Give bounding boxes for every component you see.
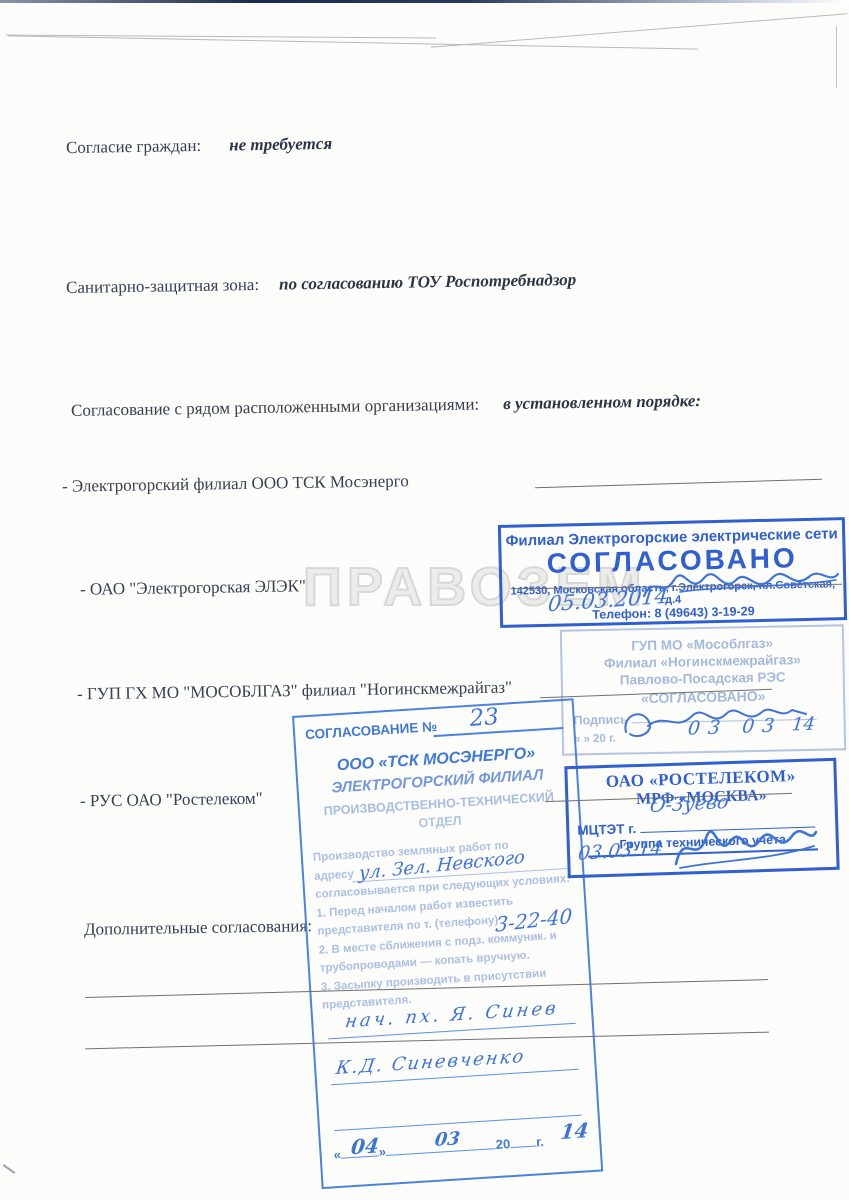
signature-scribble-rostelecom: [670, 816, 820, 874]
org-row-mosoblgaz: - ГУП ГХ МО "МОСОБЛГАЗ" филиал "Ногинскм…: [77, 678, 512, 705]
field-coordination-value: в установленном порядке:: [503, 391, 701, 413]
handwritten-day: 04: [350, 1133, 381, 1159]
date-year-prefix: 20: [495, 1136, 510, 1152]
org-row-rostelecom: - РУС ОАО "Ростелеком": [80, 789, 263, 812]
org-row-elek: - ОАО "Электрогорская ЭЛЭК": [80, 576, 306, 600]
handwritten-approval-number: 23: [469, 704, 500, 732]
handwritten-year-mosoblgaz: 14: [791, 714, 816, 736]
field-sanitary-label: Санитарно-защитная зона:: [66, 275, 259, 297]
handwritten-city: О-Зуево: [649, 791, 730, 817]
scan-corner-mark: [3, 1164, 16, 1174]
field-additional-label: Дополнительные согласования:: [84, 916, 312, 940]
stamp-tsk-title: СОГЛАСОВАНИЕ №: [305, 719, 438, 742]
field-consent: Согласие граждан:не требуется: [66, 134, 332, 158]
date-year-suffix: г.: [536, 1134, 545, 1149]
handwritten-year: 14: [559, 1118, 590, 1144]
stamp-tsk-signature-row: [332, 1085, 581, 1132]
field-consent-value: не требуется: [229, 134, 332, 155]
stamp-tsk-signature-row: К.Д. Синевченко: [329, 1039, 578, 1086]
field-sanitary: Санитарно-защитная зона:по согласованию …: [66, 270, 576, 298]
stamp-tsk-mosenergo: СОГЛАСОВАНИЕ № 23 ООО «ТСК МОСЭНЕРГО» ЭЛ…: [292, 698, 603, 1189]
signature-scribble-elektroseti: [640, 566, 840, 606]
signature-line: [535, 479, 822, 489]
field-coordination-label: Согласование с рядом расположенными орга…: [71, 395, 479, 420]
paper-edge-line: [431, 13, 848, 48]
stamp-tsk-body-line: адресу: [314, 868, 354, 882]
stamp-tsk-date-row: «»20г. 04 03 14: [333, 1128, 592, 1162]
scan-top-edge: [0, 0, 849, 3]
handwritten-signature-2: К.Д. Синевченко: [335, 1046, 527, 1079]
stamp-rostelecom-city-label: МЦТЭТ г.: [577, 821, 636, 838]
handwritten-date-mosoblgaz: 03 03: [687, 714, 784, 739]
org-row-tsk-mosenergo: - Электрогорский филиал ООО ТСК Мосэнерг…: [62, 471, 409, 496]
field-coordination: Согласование с рядом расположенными орга…: [71, 391, 701, 421]
stamp-mosoblgaz-podpis-label: Подпись: [573, 712, 628, 727]
field-consent-label: Согласие граждан:: [66, 136, 201, 157]
handwritten-month: 03: [434, 1128, 461, 1151]
scanned-document-page: ПРАВОЗЕМ Согласие граждан:не требуется С…: [0, 0, 849, 1200]
paper-edge-line: [836, 26, 837, 88]
field-sanitary-value: по согласованию ТОУ Роспотребнадзор: [279, 270, 576, 294]
